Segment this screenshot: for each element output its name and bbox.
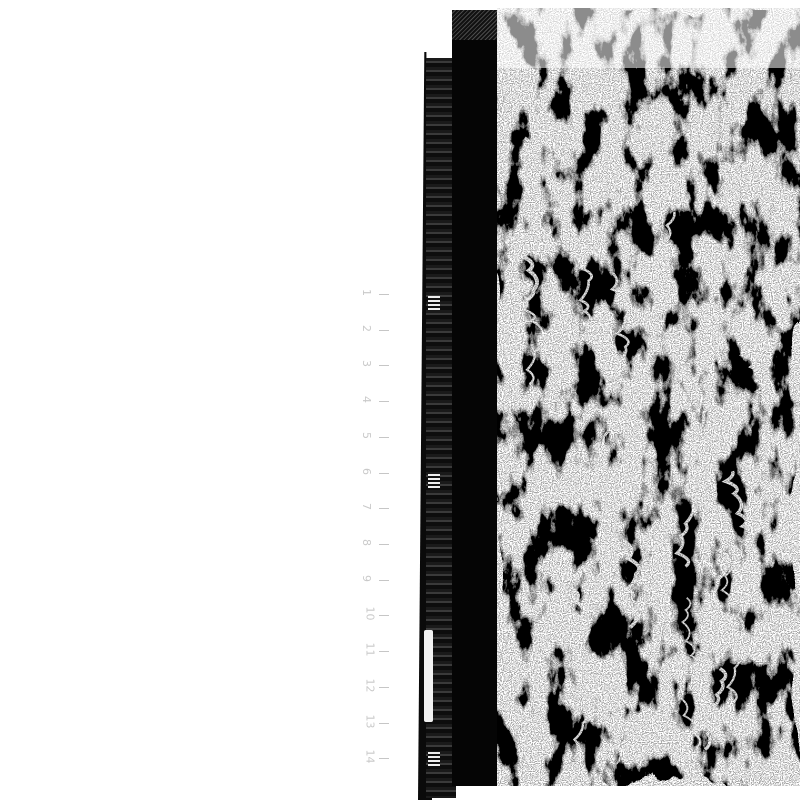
ruler-tick: 6 xyxy=(355,469,405,481)
spine-band-bottom xyxy=(428,752,440,766)
ruler-number: 11 xyxy=(364,643,377,657)
ruler-number: 12 xyxy=(364,678,377,692)
ruler-dash xyxy=(379,365,389,366)
ruler-dash xyxy=(379,544,389,545)
ruler-dash xyxy=(379,294,389,295)
ruler-number: 5 xyxy=(360,432,373,439)
ruler-number: 10 xyxy=(364,607,377,621)
book-spine xyxy=(452,10,500,786)
marbled-endpaper xyxy=(497,8,800,786)
ruler-number: 6 xyxy=(360,468,373,475)
ruler-tick: 1 xyxy=(355,290,405,302)
ruler-number: 8 xyxy=(360,539,373,546)
ruler-tick: 2 xyxy=(355,326,405,338)
spine-band-lower xyxy=(428,474,440,488)
ruler-tick: 13 xyxy=(355,719,405,731)
ruler-dash xyxy=(379,437,389,438)
ruler-dash xyxy=(379,508,389,509)
ruler-tick: 7 xyxy=(355,504,405,516)
ruler-dash xyxy=(379,723,389,724)
ruler-tick: 9 xyxy=(355,576,405,588)
ruler-number: 14 xyxy=(364,750,377,764)
book-scan-photo: 1234567891011121314 xyxy=(0,0,800,800)
ruler-number: 7 xyxy=(360,503,373,510)
ruler-tick: 10 xyxy=(355,611,405,623)
marble-pattern xyxy=(497,8,800,786)
ruler-dash xyxy=(379,615,389,616)
ruler-tick: 3 xyxy=(355,361,405,373)
ruler-number: 9 xyxy=(360,575,373,582)
scale-ruler: 1234567891011121314 xyxy=(355,290,405,790)
ruler-number: 13 xyxy=(364,714,377,728)
ruler-tick: 5 xyxy=(355,433,405,445)
ruler-dash xyxy=(379,330,389,331)
ruler-dash xyxy=(379,401,389,402)
ruler-number: 2 xyxy=(360,325,373,332)
spine-band-upper xyxy=(428,296,440,310)
spine-label-slip xyxy=(424,630,433,722)
ruler-tick: 4 xyxy=(355,397,405,409)
ruler-dash xyxy=(379,651,389,652)
ruler-number: 3 xyxy=(360,360,373,367)
spine-headcap xyxy=(452,10,500,40)
ruler-number: 4 xyxy=(360,396,373,403)
ruler-tick: 12 xyxy=(355,683,405,695)
ruler-tick: 8 xyxy=(355,540,405,552)
ruler-tick: 14 xyxy=(355,754,405,766)
ruler-dash xyxy=(379,580,389,581)
ruler-number: 1 xyxy=(360,289,373,296)
ruler-dash xyxy=(379,687,389,688)
ruler-dash xyxy=(379,473,389,474)
ruler-tick: 11 xyxy=(355,647,405,659)
ruler-dash xyxy=(379,758,389,759)
